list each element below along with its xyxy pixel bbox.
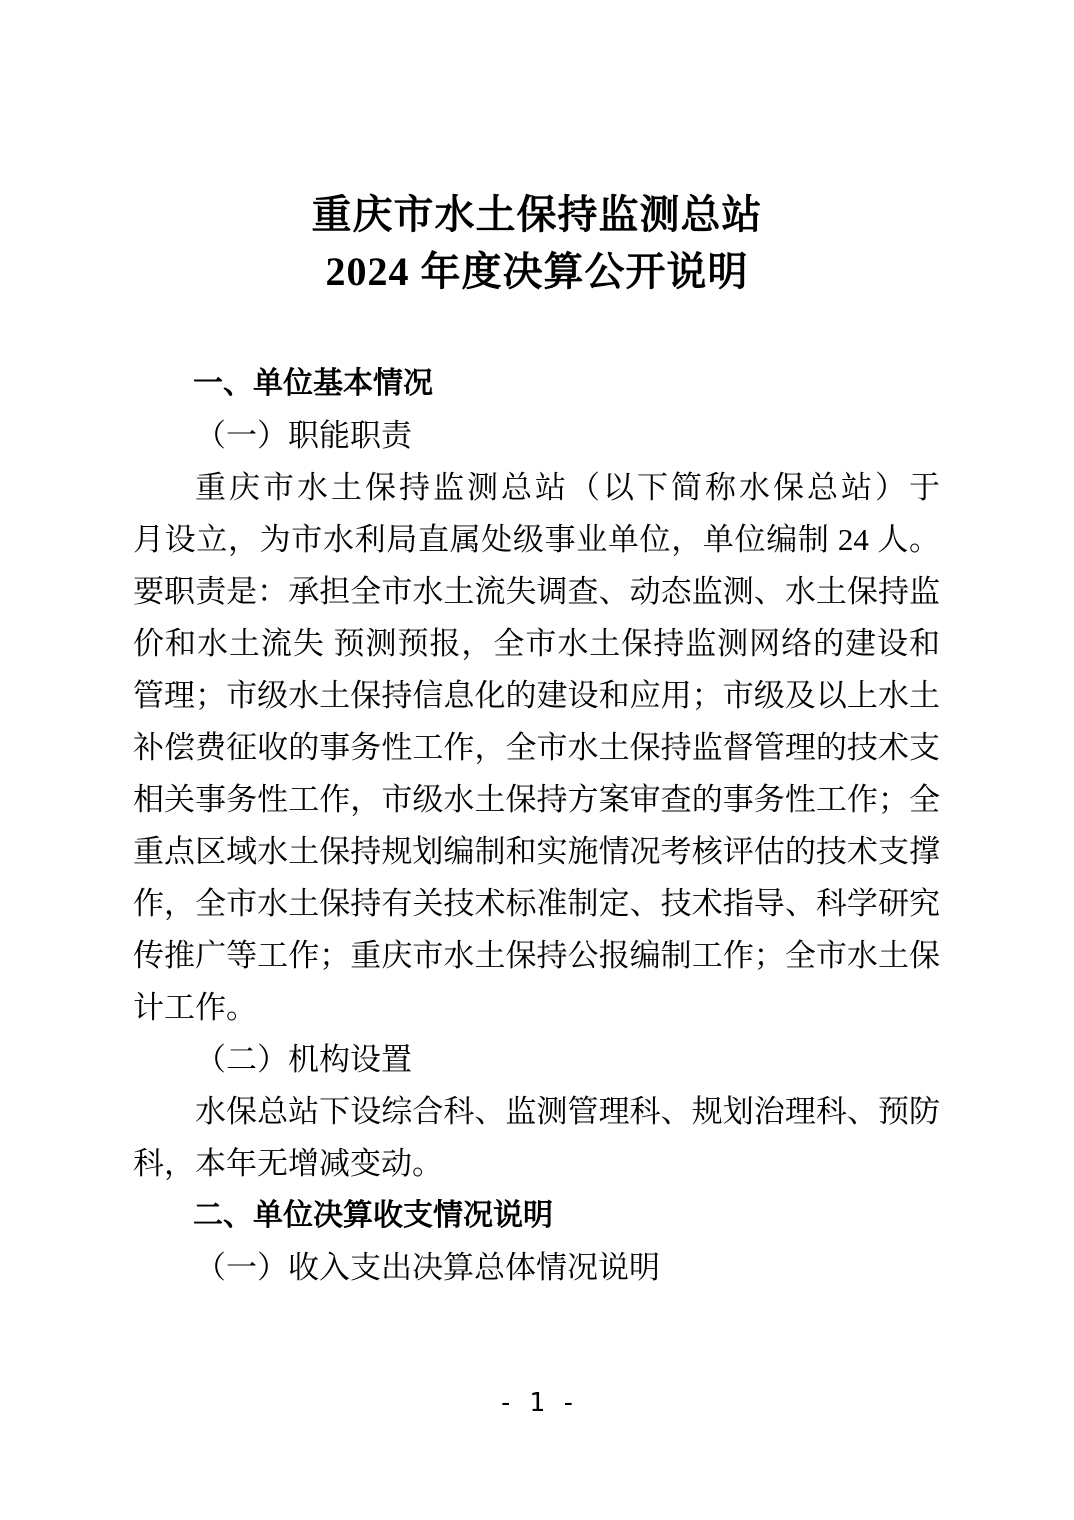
document-body: 一、单位基本情况 （一）职能职责 重庆市水土保持监测总站（以下简称水保总站）于 …	[133, 358, 940, 1294]
section-2-heading: 二、单位决算收支情况说明	[133, 1190, 940, 1242]
title-line-1: 重庆市水土保持监测总站	[133, 186, 941, 243]
paragraph-line: 重庆市水土保持监测总站（以下简称水保总站）于 2000 年 8	[133, 462, 940, 514]
paragraph-line: 作，全市水土保持有关技术标准制定、技术指导、科学研究和宣	[133, 878, 940, 930]
paragraph-line: 月设立，为市水利局直属处级事业单位，单位编制 24 人。其主	[133, 514, 940, 566]
paragraph-line: 计工作。	[133, 982, 940, 1034]
subsection-2-1-heading: （一）收入支出决算总体情况说明	[133, 1242, 940, 1294]
paragraph-line: 科，本年无增减变动。	[133, 1138, 940, 1190]
page-number: - 1 -	[0, 1386, 1074, 1420]
paragraph-line: 传推广等工作；重庆市水土保持公报编制工作；全市水土保持统	[133, 930, 940, 982]
paragraph-line: 要职责是：承担全市水土流失调查、动态监测、水土保持监测评	[133, 566, 940, 618]
document-page: 重庆市水土保持监测总站 2024 年度决算公开说明 一、单位基本情况 （一）职能…	[0, 0, 1074, 1520]
paragraph-line: 水保总站下设综合科、监测管理科、规划治理科、预防保护	[133, 1086, 940, 1138]
paragraph-line: 价和水土流失 预测预报，全市水土保持监测网络的建设和运行	[133, 618, 940, 670]
document-title: 重庆市水土保持监测总站 2024 年度决算公开说明	[133, 0, 941, 300]
paragraph-line: 补偿费征收的事务性工作，全市水土保持监督管理的技术支撑和	[133, 722, 940, 774]
paragraph-organization: 水保总站下设综合科、监测管理科、规划治理科、预防保护 科，本年无增减变动。	[133, 1086, 940, 1190]
paragraph-functions: 重庆市水土保持监测总站（以下简称水保总站）于 2000 年 8 月设立，为市水利…	[133, 462, 940, 1034]
section-1-heading: 一、单位基本情况	[133, 358, 940, 410]
paragraph-line: 相关事务性工作，市级水土保持方案审查的事务性工作；全市及	[133, 774, 940, 826]
subsection-1-2-heading: （二）机构设置	[133, 1034, 940, 1086]
paragraph-line: 管理；市级水土保持信息化的建设和应用；市级及以上水土保持	[133, 670, 940, 722]
title-line-2: 2024 年度决算公开说明	[133, 243, 941, 300]
subsection-1-1-heading: （一）职能职责	[133, 410, 940, 462]
paragraph-line: 重点区域水土保持规划编制和实施情况考核评估的技术支撑工	[133, 826, 940, 878]
